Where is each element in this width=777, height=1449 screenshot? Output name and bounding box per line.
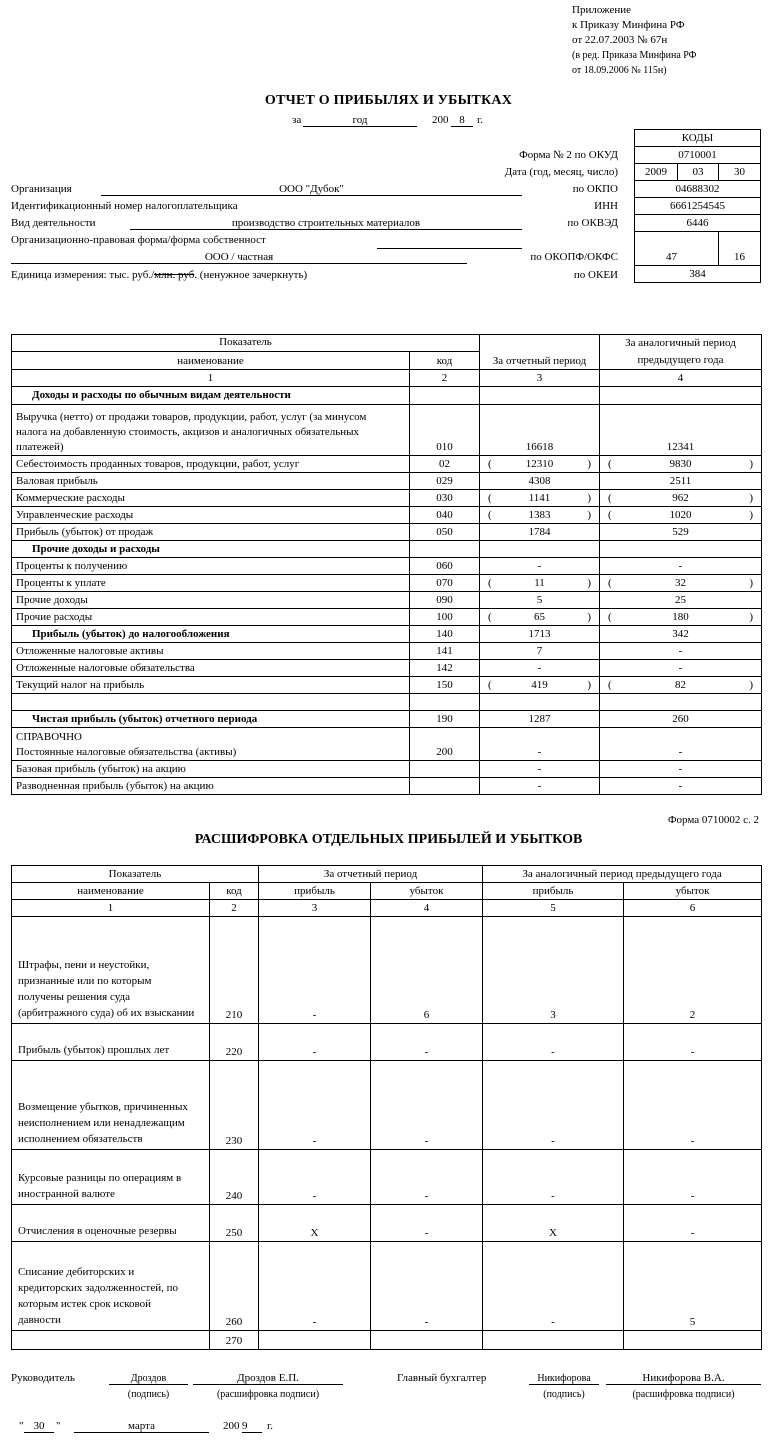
previous-profit[interactable]: X [483, 1205, 624, 1242]
value-text: 65 [534, 611, 545, 623]
previous-period-value[interactable]: (1020) [600, 507, 762, 524]
unit-label: Единица измерения: тыс. руб./млн. руб. (… [11, 269, 307, 281]
detail-row: 270 [12, 1331, 762, 1350]
table-row: Валовая прибыль02943082511 [12, 473, 762, 490]
current-profit[interactable]: - [259, 1150, 371, 1205]
value-text: 180 [672, 611, 689, 623]
table-row: Прибыль (убыток) до налогообложения14017… [12, 626, 762, 643]
table-row: Базовая прибыль (убыток) на акцию-- [12, 761, 762, 778]
value-text: 2511 [670, 475, 692, 487]
date-year[interactable]: 2009 [635, 164, 678, 181]
row-code: 090 [410, 592, 480, 609]
table-row: Доходы и расходы по обычным видам деятел… [12, 387, 762, 405]
previous-period-value[interactable]: (32) [600, 575, 762, 592]
detail-header-cur-profit: прибыль [259, 883, 371, 900]
current-period-value[interactable]: - [480, 778, 600, 795]
okei-code[interactable]: 384 [635, 266, 761, 283]
row-code: 070 [410, 575, 480, 592]
period-field[interactable]: год [303, 114, 417, 127]
detail-col-2: 2 [210, 900, 259, 917]
income-statement-table: Показатель За отчетный период За аналоги… [11, 334, 762, 795]
org-field[interactable]: ООО "Дубок" [101, 183, 522, 196]
row-code: 142 [410, 660, 480, 677]
previous-profit[interactable]: - [483, 1061, 624, 1150]
table-row: Себестоимость проданных товаров, продукц… [12, 456, 762, 473]
previous-period-value[interactable]: (82) [600, 677, 762, 694]
row-name: Списание дебиторских и кредиторских задо… [12, 1242, 210, 1331]
codes-table: КОДЫ 0710001 2009 03 30 04688302 6661254… [634, 129, 761, 283]
row-code: 240 [210, 1150, 259, 1205]
value-text: 7 [537, 645, 543, 657]
col-num-2: 2 [410, 370, 480, 387]
paren-open: ( [608, 457, 612, 472]
okved-code[interactable]: 6446 [635, 215, 761, 232]
current-period-value[interactable]: (11) [480, 575, 600, 592]
current-profit[interactable] [259, 1331, 371, 1350]
value-text: - [679, 662, 683, 674]
current-period-value[interactable]: 7 [480, 643, 600, 660]
paren-close: ) [587, 508, 591, 523]
row-name: Штрафы, пени и неустойки, признанные или… [12, 917, 210, 1024]
current-loss[interactable]: - [371, 1205, 483, 1242]
appendix-line: к Приказу Минфина РФ [572, 18, 697, 33]
row-code: 260 [210, 1242, 259, 1331]
table-row: Чистая прибыль (убыток) отчетного период… [12, 711, 762, 728]
row-name: Валовая прибыль [12, 473, 410, 490]
appendix-line: Приложение [572, 3, 697, 18]
current-period-value[interactable]: (1141) [480, 490, 600, 507]
current-period-value[interactable]: 16618 [480, 405, 600, 456]
detail-col-6: 6 [624, 900, 762, 917]
previous-period-value[interactable] [600, 387, 762, 405]
detail-header-name: наименование [12, 883, 210, 900]
inn-code[interactable]: 6661254545 [635, 198, 761, 215]
paren-close: ) [749, 576, 753, 591]
okpo-label: по ОКПО [573, 183, 618, 195]
row-code: 220 [210, 1024, 259, 1061]
previous-profit[interactable]: - [483, 1150, 624, 1205]
previous-loss[interactable]: - [624, 1205, 762, 1242]
detail-header-code: код [210, 883, 259, 900]
paren-open: ( [488, 576, 492, 591]
value-text: - [538, 662, 542, 674]
unit-label-struck: млн. руб [154, 269, 194, 281]
sign-date-year-prefix: 200 [223, 1420, 240, 1432]
detail-header-current: За отчетный период [259, 866, 483, 883]
value-text: 1383 [529, 509, 551, 521]
current-period-value[interactable]: (419) [480, 677, 600, 694]
previous-period-value[interactable]: 25 [600, 592, 762, 609]
value-text: - [538, 763, 542, 775]
year-suffix: г. [477, 114, 483, 126]
accountant-signature[interactable]: Никифорова [529, 1373, 599, 1385]
table-row: Выручка (нетто) от продажи товаров, прод… [12, 405, 762, 456]
row-code: 141 [410, 643, 480, 660]
date-month[interactable]: 03 [678, 164, 719, 181]
head-name[interactable]: Дроздов Е.П. [193, 1372, 343, 1385]
row-code [410, 387, 480, 405]
date-quote-close: " [56, 1420, 61, 1432]
inn-short-label: ИНН [594, 200, 618, 212]
header-code: код [410, 351, 480, 369]
previous-profit[interactable]: 3 [483, 917, 624, 1024]
previous-profit[interactable]: - [483, 1242, 624, 1331]
value-text: 260 [672, 713, 689, 725]
detail-row: Списание дебиторских и кредиторских задо… [12, 1242, 762, 1331]
table-row: Прочие доходы и расходы [12, 541, 762, 558]
value-text: 12341 [667, 441, 695, 453]
value-text: 1784 [529, 526, 551, 538]
row-name: Прочие доходы [12, 592, 410, 609]
sign-date-month[interactable]: марта [74, 1420, 209, 1433]
current-period-value[interactable]: 1784 [480, 524, 600, 541]
previous-period-value[interactable]: 529 [600, 524, 762, 541]
value-text: 1141 [529, 492, 551, 504]
paren-open: ( [488, 678, 492, 693]
current-loss[interactable]: - [371, 1242, 483, 1331]
value-text: 342 [672, 628, 689, 640]
value-text: 5 [537, 594, 543, 606]
value-text: 11 [534, 577, 545, 589]
detail-row: Штрафы, пени и неустойки, признанные или… [12, 917, 762, 1024]
okud-code[interactable]: 0710001 [635, 147, 761, 164]
row-code: 210 [210, 917, 259, 1024]
table-row: Проценты к уплате070(11)(32) [12, 575, 762, 592]
previous-loss[interactable] [624, 1331, 762, 1350]
row-name: Прибыль (убыток) от продаж [12, 524, 410, 541]
row-code [410, 761, 480, 778]
date-label: Дата (год, месяц, число) [505, 166, 618, 178]
row-code: 270 [210, 1331, 259, 1350]
previous-period-value[interactable]: - [600, 728, 762, 761]
previous-period-value[interactable]: - [600, 761, 762, 778]
detail-row: Отчисления в оценочные резервы250X-X- [12, 1205, 762, 1242]
row-code: 100 [410, 609, 480, 626]
appendix-note: Приложение к Приказу Минфина РФ от 22.07… [572, 3, 697, 78]
table-row: Управленческие расходы040(1383)(1020) [12, 507, 762, 524]
row-name: Отложенные налоговые обязательства [12, 660, 410, 677]
year-prefix: 200 [432, 114, 449, 126]
row-name: Прочие доходы и расходы [12, 541, 410, 558]
current-period-value[interactable]: - [480, 761, 600, 778]
previous-period-value[interactable]: - [600, 660, 762, 677]
previous-loss[interactable]: - [624, 1150, 762, 1205]
col-num-3: 3 [480, 370, 600, 387]
paren-close: ) [749, 678, 753, 693]
okud-label: Форма № 2 по ОКУД [519, 149, 618, 161]
value-text: 9830 [670, 458, 692, 470]
current-period-value[interactable] [480, 541, 600, 558]
date-quote-open: " [19, 1420, 24, 1432]
current-period-value[interactable]: - [480, 728, 600, 761]
current-loss[interactable] [371, 1331, 483, 1350]
sign-date-day[interactable]: 30 [24, 1420, 54, 1433]
row-name: Управленческие расходы [12, 507, 410, 524]
header-previous: За аналогичный период предыдущего года [600, 335, 762, 370]
table-row: Прочие расходы100(65)(180) [12, 609, 762, 626]
col-num-4: 4 [600, 370, 762, 387]
detail-title: РАСШИФРОВКА ОТДЕЛЬНЫХ ПРИБЫЛЕЙ И УБЫТКОВ [0, 832, 777, 848]
detail-header-cur-loss: убыток [371, 883, 483, 900]
current-period-value[interactable] [480, 694, 600, 711]
previous-period-value[interactable]: - [600, 643, 762, 660]
value-text: 529 [672, 526, 689, 538]
appendix-line: (в ред. Приказа Минфина РФ [572, 48, 697, 63]
unit-label-prefix: Единица измерения: тыс. руб./ [11, 269, 154, 281]
table-row: Прочие доходы090525 [12, 592, 762, 609]
okei-label: по ОКЕИ [574, 269, 618, 281]
detail-row: Курсовые разницы по операциям в иностран… [12, 1150, 762, 1205]
row-name: Курсовые разницы по операциям в иностран… [12, 1150, 210, 1205]
paren-open: ( [608, 508, 612, 523]
table-row: Отложенные налоговые активы1417- [12, 643, 762, 660]
previous-period-value[interactable] [600, 694, 762, 711]
previous-profit[interactable]: - [483, 1024, 624, 1061]
current-loss[interactable]: - [371, 1024, 483, 1061]
row-code: 190 [410, 711, 480, 728]
okved-label: по ОКВЭД [567, 217, 618, 229]
row-name: Отчисления в оценочные резервы [12, 1205, 210, 1242]
previous-loss[interactable]: - [624, 1061, 762, 1150]
value-text: - [679, 780, 683, 792]
detail-header-prev-profit: прибыль [483, 883, 624, 900]
current-period-value[interactable]: - [480, 558, 600, 575]
row-code [410, 694, 480, 711]
org-label: Организация [11, 183, 72, 195]
row-name: Проценты к получению [12, 558, 410, 575]
row-code: 250 [210, 1205, 259, 1242]
inn-label: Идентификационный номер налогоплательщик… [11, 200, 238, 212]
current-period-value[interactable] [480, 387, 600, 405]
row-name: Базовая прибыль (убыток) на акцию [12, 761, 410, 778]
previous-period-value[interactable]: 342 [600, 626, 762, 643]
current-profit[interactable]: - [259, 917, 371, 1024]
value-text: - [679, 763, 683, 775]
value-text: 1287 [529, 713, 551, 725]
previous-period-value[interactable]: 2511 [600, 473, 762, 490]
previous-period-value[interactable]: (962) [600, 490, 762, 507]
value-text: 25 [675, 594, 686, 606]
row-code: 02 [410, 456, 480, 473]
activity-label: Вид деятельности [11, 217, 96, 229]
paren-close: ) [749, 491, 753, 506]
previous-profit[interactable] [483, 1331, 624, 1350]
current-profit[interactable]: - [259, 1242, 371, 1331]
previous-period-value[interactable]: 12341 [600, 405, 762, 456]
current-period-value[interactable]: 4308 [480, 473, 600, 490]
row-code: 150 [410, 677, 480, 694]
head-name-caption: (расшифровка подписи) [193, 1389, 343, 1400]
detail-header-previous: За аналогичный период предыдущего года [483, 866, 762, 883]
appendix-line: от 18.09.2006 № 115н) [572, 63, 697, 78]
current-profit[interactable]: - [259, 1061, 371, 1150]
head-signature[interactable]: Дроздов [109, 1373, 188, 1385]
value-text: 419 [531, 679, 548, 691]
paren-close: ) [587, 678, 591, 693]
detail-table: Показатель За отчетный период За аналоги… [11, 865, 762, 1350]
row-code: 140 [410, 626, 480, 643]
detail-col-4: 4 [371, 900, 483, 917]
previous-period-value[interactable]: 260 [600, 711, 762, 728]
head-signature-caption: (подпись) [109, 1389, 188, 1400]
sign-date-year[interactable]: 9 [242, 1420, 262, 1433]
row-name: Отложенные налоговые активы [12, 643, 410, 660]
row-code: 040 [410, 507, 480, 524]
previous-period-value[interactable]: (180) [600, 609, 762, 626]
current-period-value[interactable]: (1383) [480, 507, 600, 524]
current-period-value[interactable]: (12310) [480, 456, 600, 473]
row-name: Доходы и расходы по обычным видам деятел… [12, 387, 410, 405]
row-name: Возмещение убытков, причиненных неисполн… [12, 1061, 210, 1150]
current-loss[interactable]: 6 [371, 917, 483, 1024]
accountant-signature-caption: (подпись) [529, 1389, 599, 1400]
header-indicator: Показатель [12, 335, 480, 352]
row-name: Прибыль (убыток) до налогообложения [12, 626, 410, 643]
row-code: 030 [410, 490, 480, 507]
row-code [410, 778, 480, 795]
table-row: Разводненная прибыль (убыток) на акцию-- [12, 778, 762, 795]
row-name: СПРАВОЧНОПостоянные налоговые обязательс… [12, 728, 410, 761]
legal-form-line [377, 234, 522, 249]
value-text: - [679, 645, 683, 657]
legal-form-label: Организационно-правовая форма/форма собс… [11, 234, 266, 246]
year-field[interactable]: 8 [451, 114, 473, 127]
paren-open: ( [608, 610, 612, 625]
value-text: - [679, 560, 683, 572]
form-reference: Форма 0710002 с. 2 [668, 814, 759, 826]
paren-open: ( [488, 508, 492, 523]
accountant-name[interactable]: Никифорова В.А. [606, 1372, 761, 1385]
paren-open: ( [608, 678, 612, 693]
activity-field[interactable]: производство строительных материалов [130, 217, 522, 230]
table-row: Коммерческие расходы030(1141)(962) [12, 490, 762, 507]
reference-row-name: Постоянные налоговые обязательства (акти… [16, 745, 405, 760]
value-text: 12310 [526, 458, 554, 470]
row-name: Чистая прибыль (убыток) отчетного период… [12, 711, 410, 728]
table-row [12, 694, 762, 711]
value-text: 32 [675, 577, 686, 589]
value-text: 82 [675, 679, 686, 691]
detail-row: Прибыль (убыток) прошлых лет220---- [12, 1024, 762, 1061]
row-name: Разводненная прибыль (убыток) на акцию [12, 778, 410, 795]
okopf-label: по ОКОПФ/ОКФС [530, 251, 618, 263]
row-name: Прибыль (убыток) прошлых лет [12, 1024, 210, 1061]
previous-loss[interactable]: 2 [624, 917, 762, 1024]
value-text: 1020 [670, 509, 692, 521]
appendix-line: от 22.07.2003 № 67н [572, 33, 697, 48]
value-text: 4308 [529, 475, 551, 487]
head-label: Руководитель [11, 1372, 75, 1384]
value-text: - [538, 560, 542, 572]
legal-form-field[interactable]: ООО / частная [11, 251, 467, 264]
value-text: 1713 [529, 628, 551, 640]
okfs-code[interactable]: 16 [719, 232, 761, 266]
current-period-value[interactable]: (65) [480, 609, 600, 626]
row-code: 060 [410, 558, 480, 575]
current-period-value[interactable]: 1287 [480, 711, 600, 728]
table-row: Проценты к получению060-- [12, 558, 762, 575]
current-period-value[interactable]: 5 [480, 592, 600, 609]
current-profit[interactable]: X [259, 1205, 371, 1242]
table-row: Прибыль (убыток) от продаж0501784529 [12, 524, 762, 541]
okpo-code[interactable]: 04688302 [635, 181, 761, 198]
current-period-value[interactable]: - [480, 660, 600, 677]
paren-open: ( [488, 610, 492, 625]
row-name: Прочие расходы [12, 609, 410, 626]
paren-open: ( [488, 491, 492, 506]
date-day[interactable]: 30 [719, 164, 761, 181]
codes-header: КОДЫ [635, 130, 761, 147]
previous-period-value[interactable]: - [600, 778, 762, 795]
detail-row: Возмещение убытков, причиненных неисполн… [12, 1061, 762, 1150]
detail-header-prev-loss: убыток [624, 883, 762, 900]
previous-period-value[interactable]: - [600, 558, 762, 575]
period-prefix: за [292, 114, 301, 126]
previous-loss[interactable]: - [624, 1024, 762, 1061]
paren-close: ) [587, 576, 591, 591]
unit-label-suffix: . (ненужное зачеркнуть) [194, 269, 307, 281]
row-name: Коммерческие расходы [12, 490, 410, 507]
previous-loss[interactable]: 5 [624, 1242, 762, 1331]
header-name: наименование [12, 351, 410, 369]
row-name: Выручка (нетто) от продажи товаров, прод… [12, 405, 410, 456]
row-name: Текущий налог на прибыль [12, 677, 410, 694]
previous-period-value[interactable]: (9830) [600, 456, 762, 473]
paren-close: ) [749, 610, 753, 625]
current-period-value[interactable]: 1713 [480, 626, 600, 643]
paren-close: ) [587, 457, 591, 472]
row-code: 200 [410, 728, 480, 761]
paren-open: ( [608, 576, 612, 591]
detail-col-3: 3 [259, 900, 371, 917]
value-text: 962 [672, 492, 689, 504]
detail-col-1: 1 [12, 900, 210, 917]
row-code: 230 [210, 1061, 259, 1150]
row-name: Проценты к уплате [12, 575, 410, 592]
table-row: Отложенные налоговые обязательства142-- [12, 660, 762, 677]
header-current: За отчетный период [480, 335, 600, 370]
paren-close: ) [587, 491, 591, 506]
chief-accountant-label: Главный бухгалтер [397, 1372, 486, 1384]
row-code: 010 [410, 405, 480, 456]
detail-col-5: 5 [483, 900, 624, 917]
report-title: ОТЧЕТ О ПРИБЫЛЯХ И УБЫТКАХ [0, 93, 777, 109]
paren-open: ( [488, 457, 492, 472]
accountant-name-caption: (расшифровка подписи) [606, 1389, 761, 1400]
row-name [12, 1331, 210, 1350]
sign-date-year-suffix: г. [267, 1420, 273, 1432]
current-loss[interactable]: - [371, 1150, 483, 1205]
okopf-code[interactable]: 47 [635, 232, 719, 266]
row-code: 029 [410, 473, 480, 490]
paren-close: ) [749, 508, 753, 523]
col-num-1: 1 [12, 370, 410, 387]
row-code [410, 541, 480, 558]
row-name [12, 694, 410, 711]
previous-period-value[interactable] [600, 541, 762, 558]
current-profit[interactable]: - [259, 1024, 371, 1061]
detail-header-indicator: Показатель [12, 866, 259, 883]
current-loss[interactable]: - [371, 1061, 483, 1150]
row-code: 050 [410, 524, 480, 541]
table-row: СПРАВОЧНОПостоянные налоговые обязательс… [12, 728, 762, 761]
value-text: 16618 [526, 441, 554, 453]
table-row: Текущий налог на прибыль150(419)(82) [12, 677, 762, 694]
value-text: - [538, 780, 542, 792]
row-name: Себестоимость проданных товаров, продукц… [12, 456, 410, 473]
paren-close: ) [749, 457, 753, 472]
paren-close: ) [587, 610, 591, 625]
